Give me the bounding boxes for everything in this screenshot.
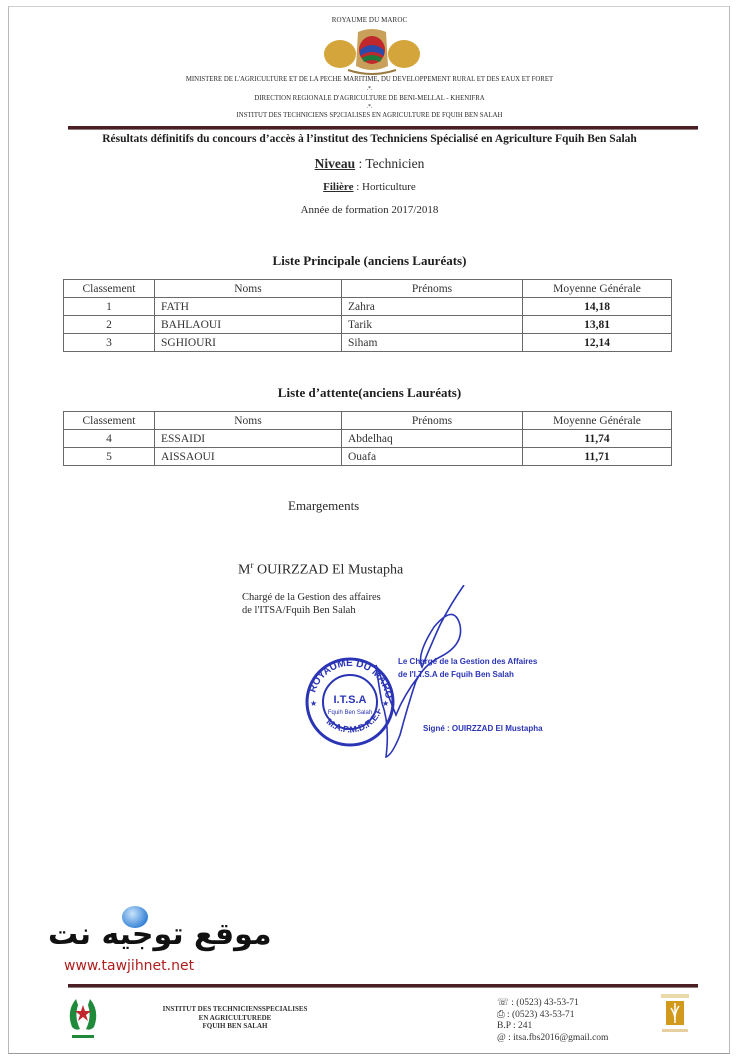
annee-formation: Année de formation 2017/2018 [0, 204, 739, 216]
cell-classement: 5 [64, 448, 155, 466]
contact-fax: ⎙ : (0523) 43-53-71 [497, 1010, 608, 1022]
separator: .*. [0, 86, 739, 92]
col-moyenne: Moyenne Générale [523, 280, 672, 298]
table-header-row: Classement Noms Prénoms Moyenne Générale [64, 280, 672, 298]
coat-of-arms-icon [318, 26, 426, 76]
cell-nom: AISSAOUI [155, 448, 342, 466]
col-noms: Noms [155, 412, 342, 430]
table-row: 4ESSAIDIAbdelhaq11,74 [64, 430, 672, 448]
institut-heading: INSTITUT DES TECHNICIENS SP2CIALISES EN … [0, 112, 739, 119]
liste-principale-table: Classement Noms Prénoms Moyenne Générale… [63, 279, 672, 352]
col-prenoms: Prénoms [342, 412, 523, 430]
cell-moyenne: 13,81 [523, 316, 672, 334]
col-prenoms: Prénoms [342, 280, 523, 298]
header-rule [68, 126, 698, 130]
contact-email[interactable]: @ : itsa.fbs2016@gmail.com [497, 1033, 608, 1045]
table-row: 3SGHIOURISiham12,14 [64, 334, 672, 352]
cell-classement: 3 [64, 334, 155, 352]
royaume-heading: ROYAUME DU MAROC [0, 16, 739, 24]
table-row: 5AISSAOUIOuafa11,71 [64, 448, 672, 466]
contact-bp: B.P : 241 [497, 1021, 608, 1033]
liste-principale-title: Liste Principale (anciens Lauréats) [0, 253, 739, 269]
footer-institut-line-2: EN AGRICULTUREDE [140, 1014, 330, 1023]
cell-classement: 4 [64, 430, 155, 448]
cell-prenom: Abdelhaq [342, 430, 523, 448]
footer-institut: INSTITUT DES TECHNICIENSSPECIALISES EN A… [140, 1005, 330, 1031]
cell-prenom: Tarik [342, 316, 523, 334]
cell-nom: FATH [155, 298, 342, 316]
cell-prenom: Ouafa [342, 448, 523, 466]
watermark-arabic: موقع توجيه نت [48, 917, 272, 952]
signer-title: M [238, 563, 250, 578]
cell-classement: 2 [64, 316, 155, 334]
signer-fullname: OUIRZZAD El Mustapha [253, 563, 403, 578]
cell-classement: 1 [64, 298, 155, 316]
direction-heading: DIRECTION REGIONALE D'AGRICULTURE DE BEN… [0, 95, 739, 102]
col-noms: Noms [155, 280, 342, 298]
filiere-label: Filière [323, 181, 353, 193]
agriculture-logo-icon [660, 992, 690, 1036]
liste-attente-table: Classement Noms Prénoms Moyenne Générale… [63, 411, 672, 466]
cell-prenom: Zahra [342, 298, 523, 316]
separator: .*. [0, 104, 739, 110]
cell-nom: BAHLAOUI [155, 316, 342, 334]
table-row: 1FATHZahra14,18 [64, 298, 672, 316]
institute-logo-icon [66, 995, 100, 1043]
footer-institut-line-3: FQUIH BEN SALAH [140, 1022, 330, 1031]
footer-rule [68, 984, 698, 988]
cell-moyenne: 12,14 [523, 334, 672, 352]
fax-icon: ⎙ [497, 1010, 505, 1020]
email-icon: @ [497, 1033, 506, 1043]
cell-moyenne: 11,71 [523, 448, 672, 466]
filiere-value: : Horticulture [354, 181, 416, 193]
svg-text:★: ★ [310, 699, 317, 708]
footer-institut-line-1: INSTITUT DES TECHNICIENSSPECIALISES [140, 1005, 330, 1014]
filiere-line: Filière : Horticulture [0, 181, 739, 193]
cell-moyenne: 14,18 [523, 298, 672, 316]
document-title: Résultats définitifs du concours d’accès… [0, 133, 739, 145]
niveau-value: : Technicien [355, 156, 424, 171]
table-header-row: Classement Noms Prénoms Moyenne Générale [64, 412, 672, 430]
footer-contacts: ☏ : (0523) 43-53-71 ⎙ : (0523) 43-53-71 … [497, 998, 608, 1044]
cell-nom: ESSAIDI [155, 430, 342, 448]
signer-name: Mr OUIRZZAD El Mustapha [238, 560, 403, 579]
ministere-heading: MINISTERE DE L'AGRICULTURE ET DE LA PECH… [0, 76, 739, 83]
liste-attente-title: Liste d’attente(anciens Lauréats) [0, 385, 739, 401]
table-row: 2BAHLAOUITarik13,81 [64, 316, 672, 334]
cell-moyenne: 11,74 [523, 430, 672, 448]
col-moyenne: Moyenne Générale [523, 412, 672, 430]
watermark-url[interactable]: www.tawjihnet.net [64, 958, 194, 974]
col-classement: Classement [64, 412, 155, 430]
emargements-label: Emargements [288, 498, 359, 514]
niveau-label: Niveau [315, 156, 356, 171]
phone-icon: ☏ [497, 998, 509, 1008]
col-classement: Classement [64, 280, 155, 298]
cell-prenom: Siham [342, 334, 523, 352]
niveau-line: Niveau : Technicien [0, 156, 739, 172]
cell-nom: SGHIOURI [155, 334, 342, 352]
handwritten-signature-icon [360, 585, 480, 760]
contact-phone: ☏ : (0523) 43-53-71 [497, 998, 608, 1010]
